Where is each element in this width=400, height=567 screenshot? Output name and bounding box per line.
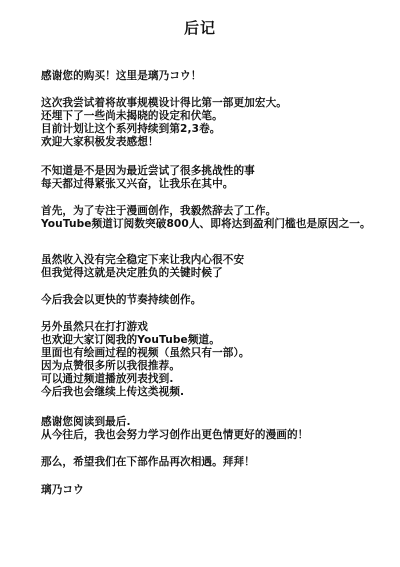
text-line: YouTube频道订阅数突破800人、即将达到盈利门槛也是原因之一。 bbox=[41, 218, 371, 231]
text-line: 感谢您的购买！这里是璃乃コウ！ bbox=[41, 70, 201, 83]
text-line: 不知道是不是因为最近尝试了很多挑战性的事 bbox=[41, 165, 255, 178]
text-line: 感谢您阅读到最后. bbox=[41, 416, 131, 429]
text-line: 因为点赞很多所以我很推荐。 bbox=[41, 360, 180, 373]
afterword-title: 后记 bbox=[0, 17, 400, 38]
text-line: 每天都过得紧张又兴奋，让我乐在其中。 bbox=[41, 178, 234, 191]
text-line: 这次我尝试着将故事规模设计得比第一部更加宏大。 bbox=[41, 97, 287, 110]
text-line: 首先，为了专注于漫画创作，我毅然辞去了工作。 bbox=[41, 205, 276, 218]
text-line: 也欢迎大家订阅我的YouTube频道。 bbox=[41, 334, 220, 347]
text-line: 从今往后，我也会努力学习创作出更色情更好的漫画的！ bbox=[41, 429, 308, 442]
text-line: 可以通过频道播放列表找到. bbox=[41, 373, 173, 386]
text-line: 今后我也会继续上传这类视频. bbox=[41, 386, 184, 399]
text-line: 里面也有绘画过程的视频（虽然只有一部）。 bbox=[41, 347, 250, 360]
text-line: 另外虽然只在打打游戏 bbox=[41, 321, 148, 334]
text-line: 那么，希望我们在下部作品再次相遇。拜拜！ bbox=[41, 456, 255, 469]
text-line: 还埋下了一些尚未揭晓的设定和伏笔。 bbox=[41, 110, 223, 123]
text-line: 虽然收入没有完全稳定下来让我内心很不安 bbox=[41, 254, 244, 267]
text-line: 目前计划让这个系列持续到第2,3卷。 bbox=[41, 123, 220, 136]
author-signature: 璃乃コウ bbox=[41, 484, 84, 497]
text-line: 但我觉得这就是决定胜负的关键时候了 bbox=[41, 267, 223, 280]
text-line: 欢迎大家积极发表感想！ bbox=[41, 136, 159, 149]
text-line: 今后我会以更快的节奏持续创作。 bbox=[41, 294, 201, 307]
